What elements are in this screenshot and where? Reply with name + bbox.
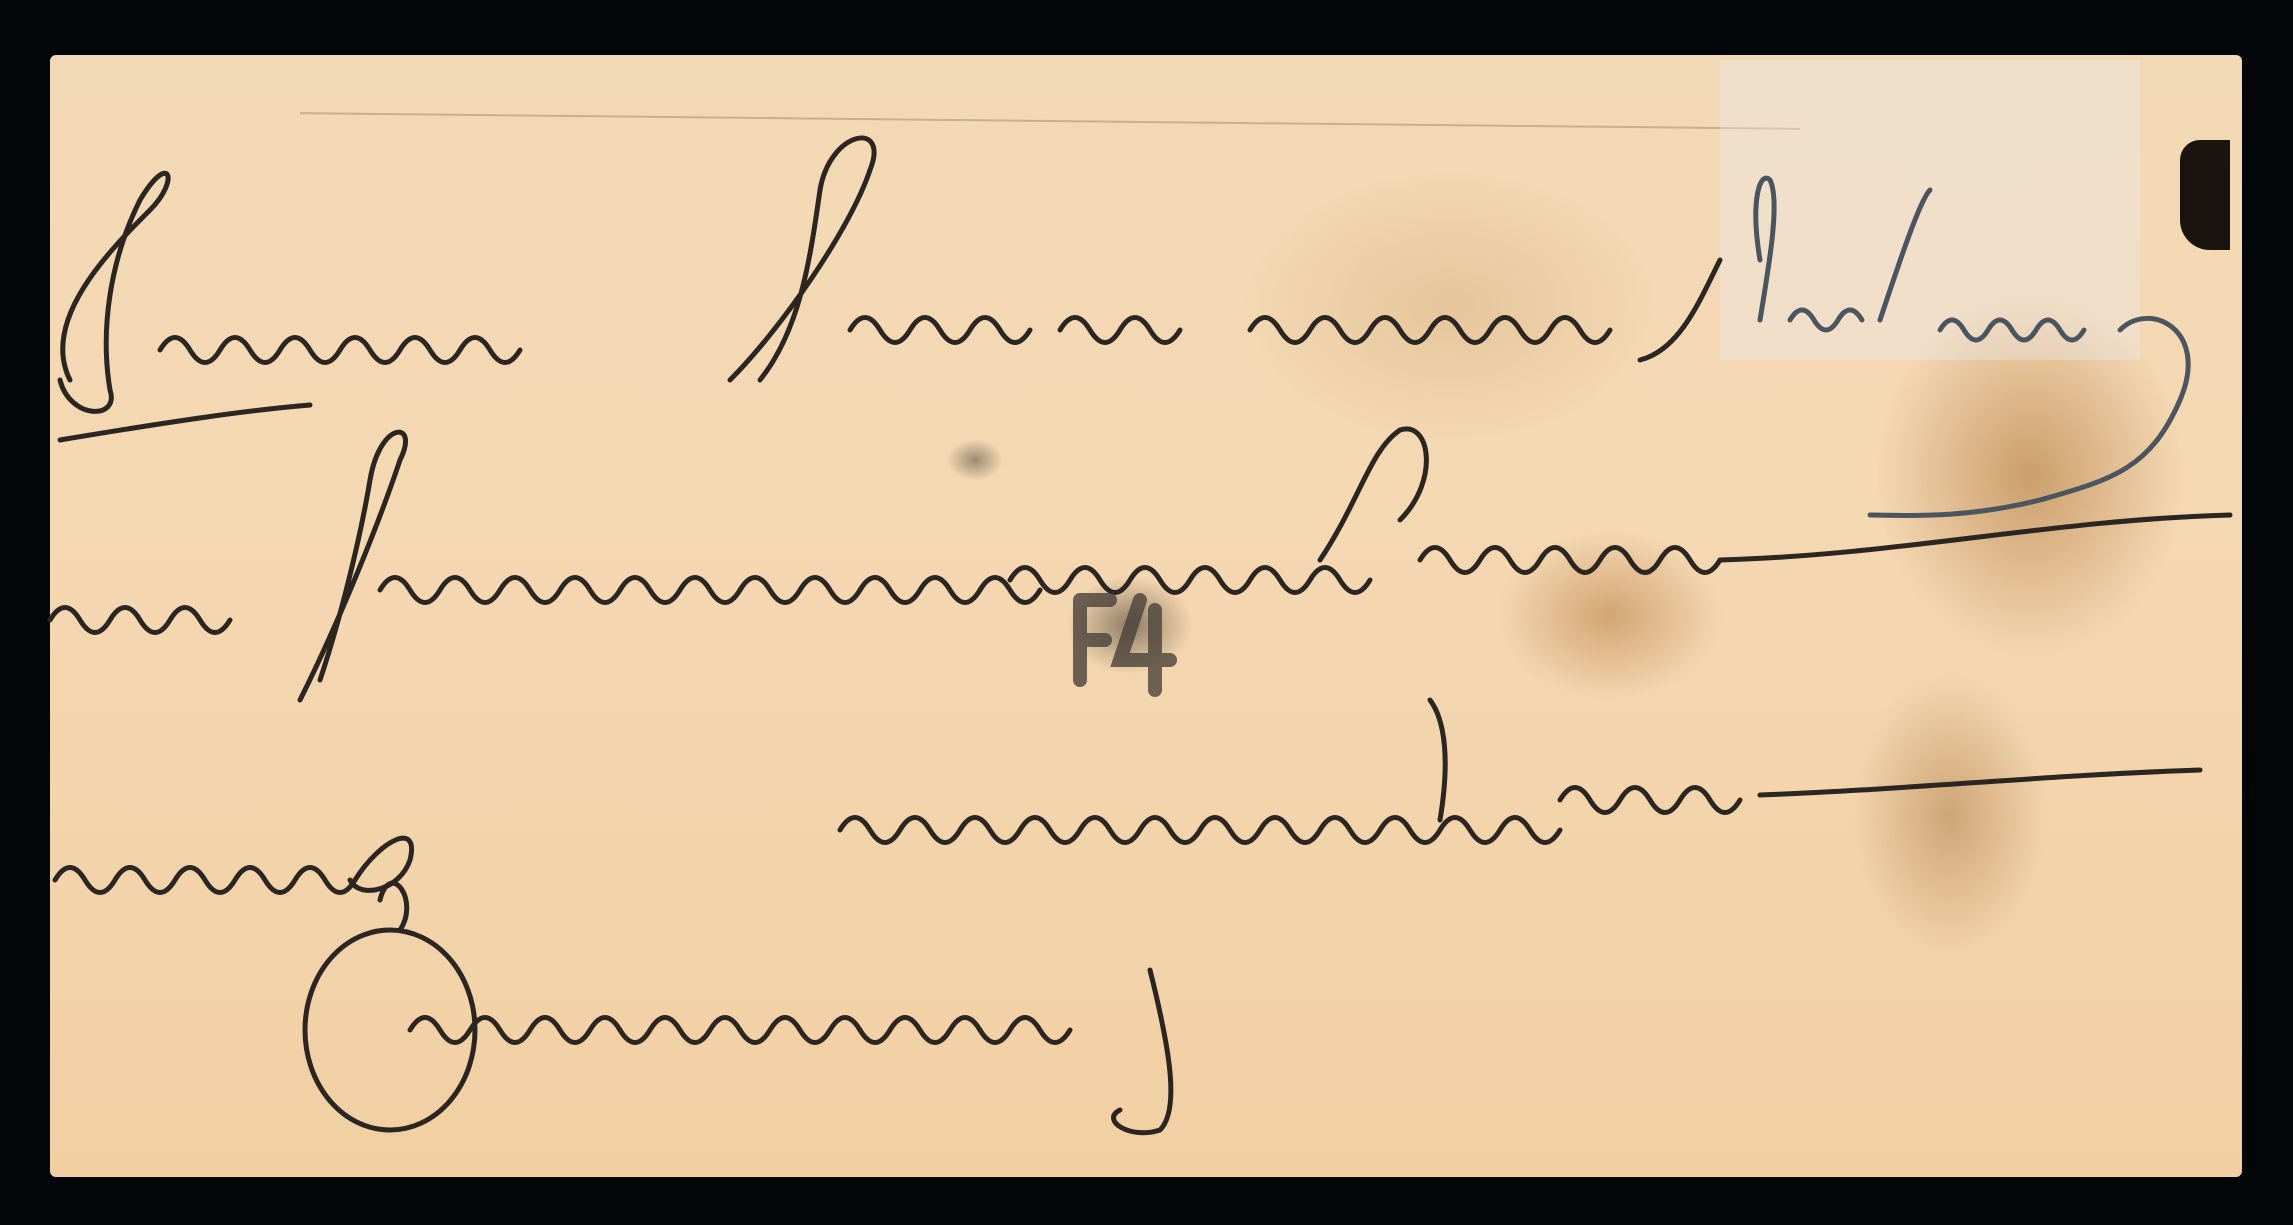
- handwritten-line-5: [305, 883, 1171, 1133]
- handwriting-layer: [0, 0, 2293, 1225]
- handwritten-line-4: [55, 838, 412, 892]
- handwritten-line-1-tail: [1756, 178, 2188, 515]
- handwritten-line-3: [840, 700, 2200, 843]
- handwritten-line-1: [60, 138, 1720, 440]
- smudge-mark: [1080, 600, 1170, 690]
